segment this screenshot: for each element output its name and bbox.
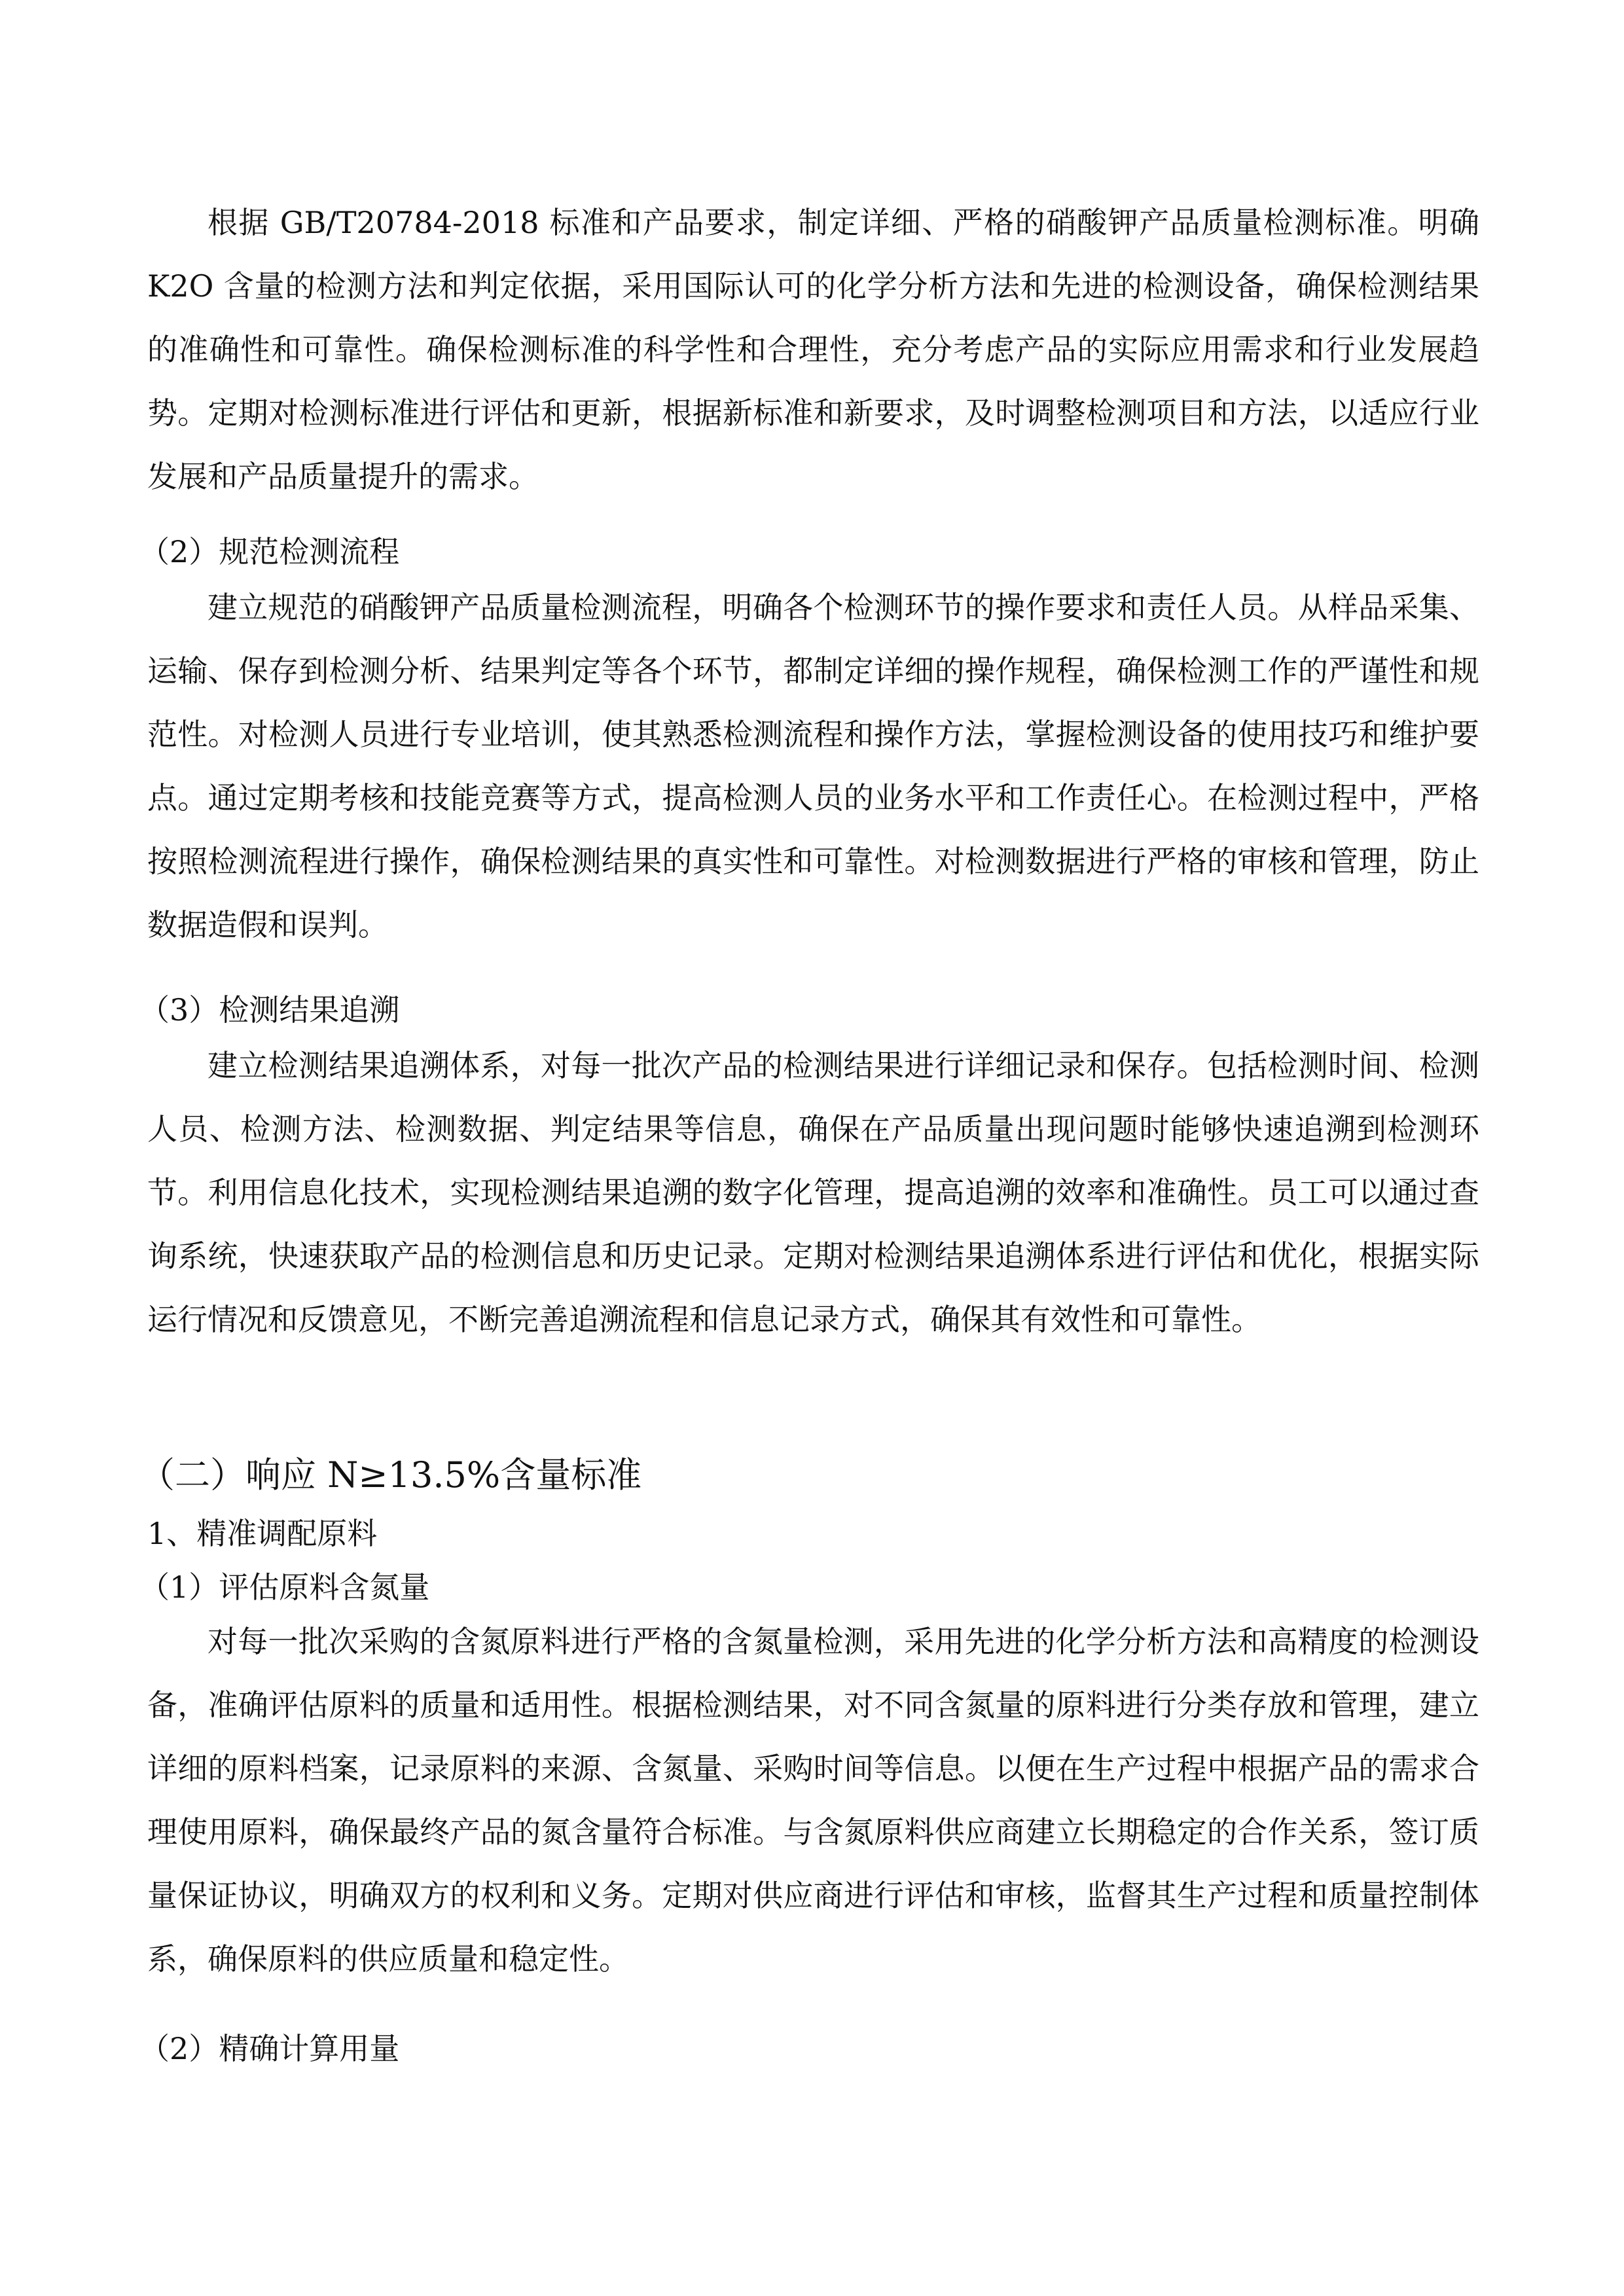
- heading-assess-nitrogen: （1）评估原料含氮量: [139, 1564, 429, 1610]
- heading-standardize-process: （2）规范检测流程: [139, 529, 399, 575]
- heading-result-traceability: （3）检测结果追溯: [139, 987, 399, 1033]
- paragraph-assess-nitrogen: 对每一批次采购的含氮原料进行严格的含氮量检测，采用先进的化学分析方法和高精度的检…: [147, 1610, 1479, 1991]
- paragraph-result-traceability: 建立检测结果追溯体系，对每一批次产品的检测结果进行详细记录和保存。包括检测时间、…: [147, 1034, 1479, 1352]
- paragraph-testing-standards: 根据 GB/T20784-2018 标准和产品要求，制定详细、严格的硝酸钾产品质…: [147, 191, 1479, 509]
- heading-calculate-dosage: （2）精确计算用量: [139, 2026, 399, 2072]
- section-heading-nitrogen-standard: （二）响应 N≥13.5%含量标准: [139, 1449, 641, 1501]
- paragraph-standardize-process: 建立规范的硝酸钾产品质量检测流程，明确各个检测环节的操作要求和责任人员。从样品采…: [147, 576, 1479, 957]
- subsection-heading-raw-materials: 1、精准调配原料: [147, 1511, 377, 1556]
